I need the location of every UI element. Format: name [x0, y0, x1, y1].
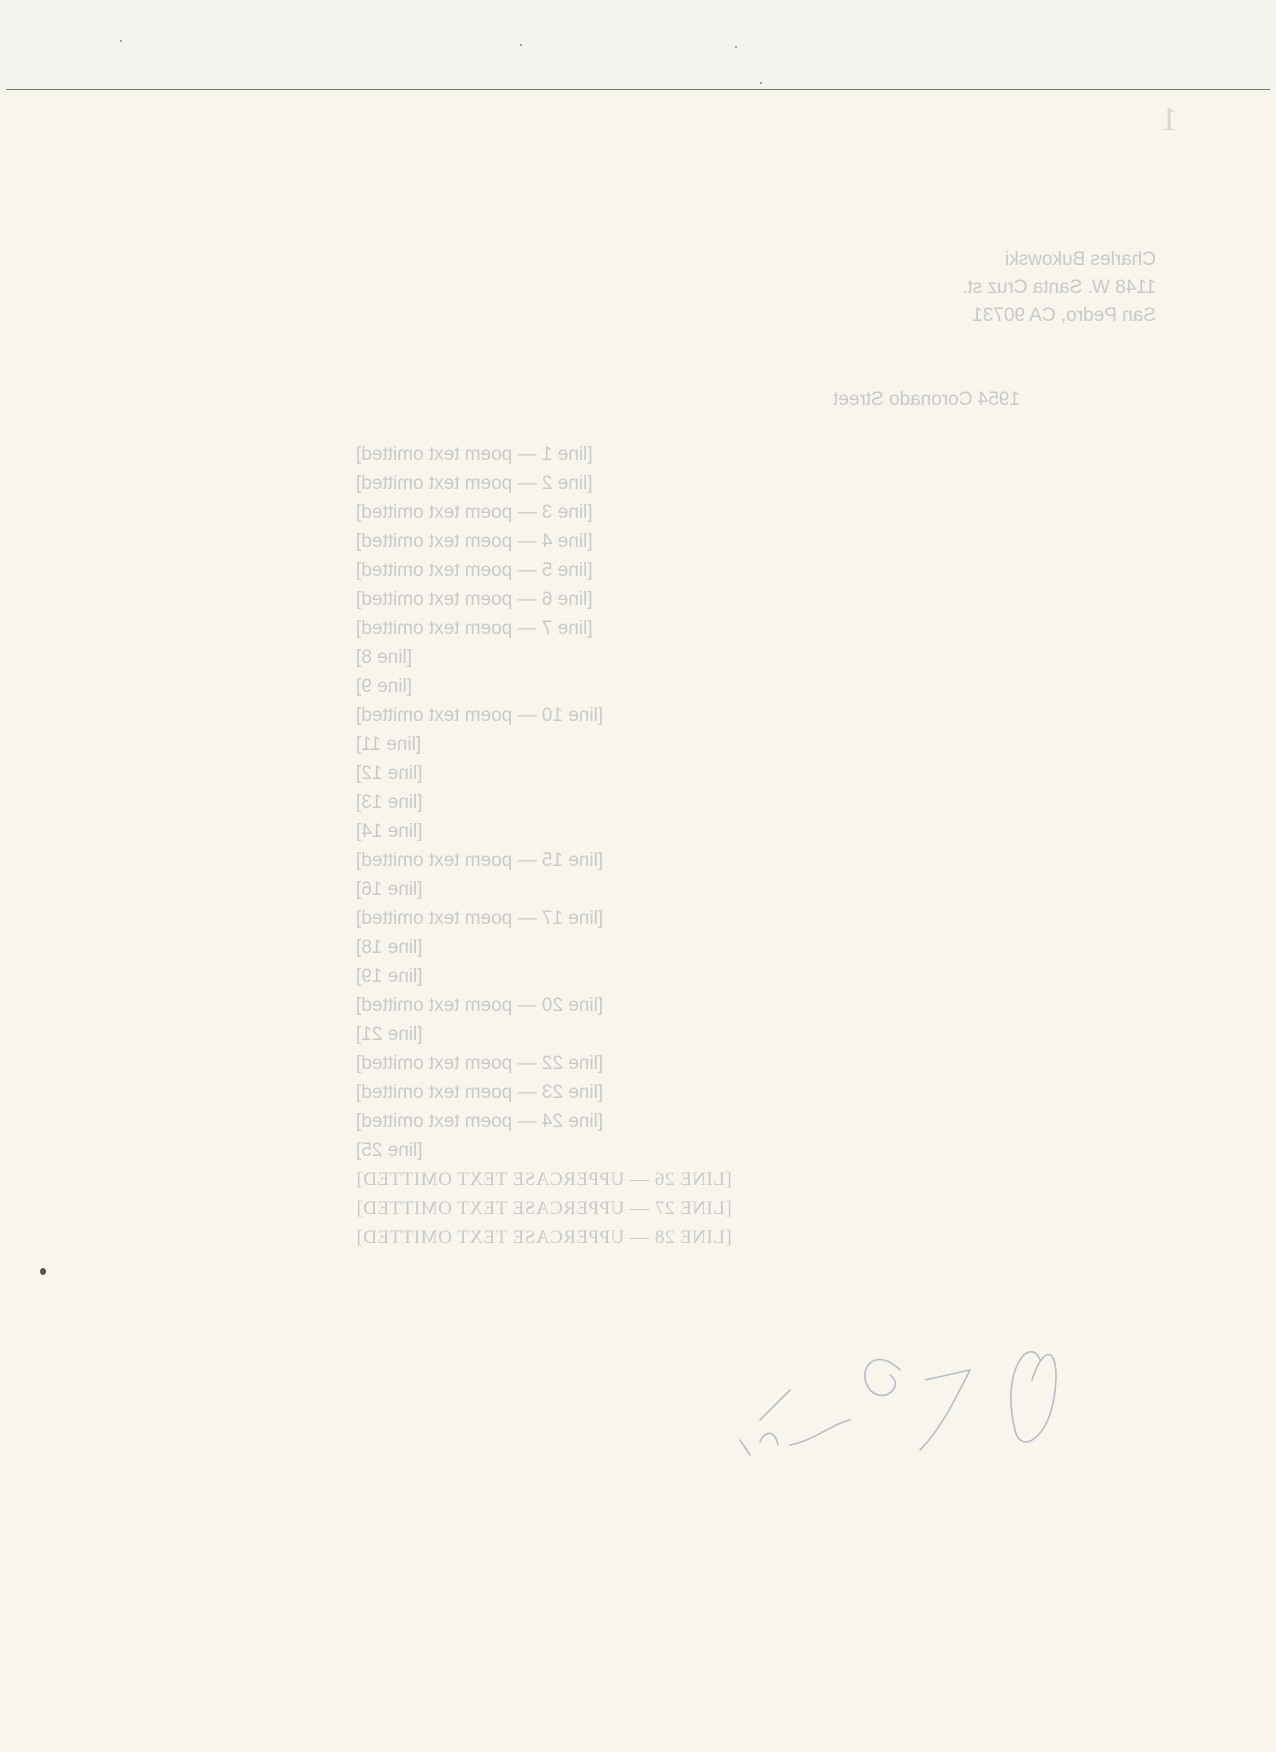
- scanner-top-margin: [0, 0, 1276, 90]
- poem-line: [LINE 26 — UPPERCASE TEXT OMITTED]: [356, 1165, 1150, 1194]
- handwritten-signature: [670, 1330, 1090, 1470]
- author-name: Charles Bukowski: [876, 246, 1156, 274]
- page-number: 1: [1158, 100, 1178, 140]
- poem-line: [line 3 — poem text omitted]: [356, 498, 1150, 527]
- dust-speck: [520, 44, 522, 46]
- dust-speck: [735, 46, 737, 48]
- poem-body: [line 1 — poem text omitted][line 2 — po…: [356, 440, 1150, 1252]
- poem-line: [line 11]: [356, 730, 1150, 759]
- poem-line: [line 8]: [356, 643, 1150, 672]
- poem-line: [line 6 — poem text omitted]: [356, 585, 1150, 614]
- poem-line: [line 5 — poem text omitted]: [356, 556, 1150, 585]
- street-address: 1148 W. Santa Cruz st.: [876, 274, 1156, 302]
- dust-speck: [760, 82, 762, 84]
- poem-line: [line 20 — poem text omitted]: [356, 991, 1150, 1020]
- poem-line: [line 10 — poem text omitted]: [356, 701, 1150, 730]
- signature-strokes: [670, 1330, 1090, 1470]
- city-state-zip: San Pedro, CA 90731: [876, 302, 1156, 330]
- poem-line: [line 21]: [356, 1020, 1150, 1049]
- poem-line: [line 2 — poem text omitted]: [356, 469, 1150, 498]
- poem-line: [line 1 — poem text omitted]: [356, 440, 1150, 469]
- poem-title: 1954 Coronado Street: [780, 386, 1020, 414]
- poem-line: [line 22 — poem text omitted]: [356, 1049, 1150, 1078]
- poem-line: [line 16]: [356, 875, 1150, 904]
- poem-line: [line 4 — poem text omitted]: [356, 527, 1150, 556]
- poem-line: [line 14]: [356, 817, 1150, 846]
- poem-line: [line 9]: [356, 672, 1150, 701]
- poem-line: [line 15 — poem text omitted]: [356, 846, 1150, 875]
- address-block: Charles Bukowski 1148 W. Santa Cruz st. …: [876, 246, 1156, 330]
- dust-speck: [120, 40, 122, 42]
- poem-line: [line 24 — poem text omitted]: [356, 1107, 1150, 1136]
- poem-line: [line 23 — poem text omitted]: [356, 1078, 1150, 1107]
- poem-line: [line 13]: [356, 788, 1150, 817]
- poem-line: [line 25]: [356, 1136, 1150, 1165]
- poem-line: [line 18]: [356, 933, 1150, 962]
- poem-line: [LINE 27 — UPPERCASE TEXT OMITTED]: [356, 1194, 1150, 1223]
- poem-line: [line 19]: [356, 962, 1150, 991]
- poem-line: [LINE 28 — UPPERCASE TEXT OMITTED]: [356, 1223, 1150, 1252]
- poem-line: [line 17 — poem text omitted]: [356, 904, 1150, 933]
- poem-line: [line 7 — poem text omitted]: [356, 614, 1150, 643]
- scan-speck: [40, 1268, 46, 1275]
- poem-line: [line 12]: [356, 759, 1150, 788]
